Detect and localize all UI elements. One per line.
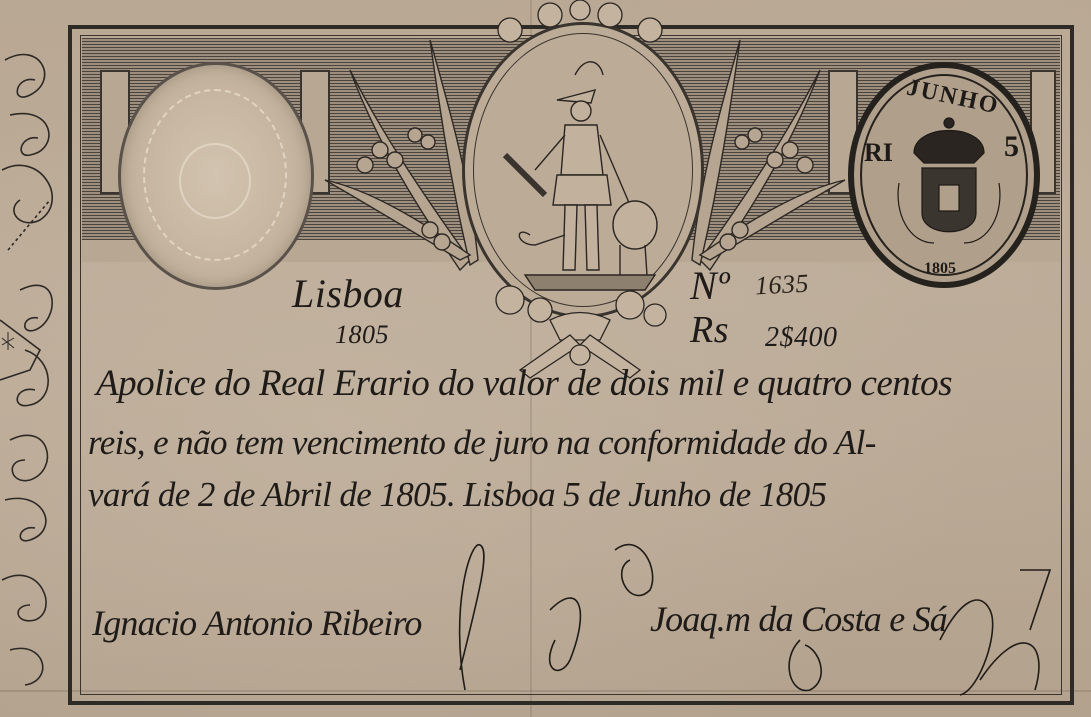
signature-flourishes-icon bbox=[420, 530, 1060, 700]
place-label: Lisboa bbox=[292, 270, 404, 317]
stamp-left-mark: RI bbox=[864, 138, 893, 168]
crown-coat-of-arms-icon bbox=[894, 113, 1004, 253]
leaf-spray-right-icon bbox=[690, 30, 850, 290]
embossed-seal-shield bbox=[179, 143, 251, 219]
body-line-3: vará de 2 de Abril de 1805. Lisboa 5 de … bbox=[88, 475, 826, 515]
ink-stamp: JUNHO RI 5 1805 bbox=[848, 62, 1040, 288]
flower-crest-icon bbox=[470, 0, 690, 50]
armored-figure-with-lion-icon bbox=[485, 45, 681, 295]
amount-value: 2$400 bbox=[765, 322, 838, 354]
stamp-day: 5 bbox=[1004, 130, 1019, 164]
embossed-seal bbox=[118, 62, 314, 290]
leaf-spray-left-icon bbox=[320, 30, 480, 290]
bond-number: 1635 bbox=[754, 269, 809, 302]
amount-label: Rs bbox=[690, 308, 729, 352]
issue-year: 1805 bbox=[335, 320, 389, 350]
stamp-year: 1805 bbox=[924, 260, 956, 278]
scroll-ornament-icon bbox=[0, 20, 66, 710]
body-line-1: Apolice do Real Erario do valor de dois … bbox=[96, 362, 952, 405]
signature-1: Ignacio Antonio Ribeiro bbox=[92, 602, 422, 644]
number-label: Nº bbox=[690, 262, 730, 309]
body-line-2: reis, e não tem vencimento de juro na co… bbox=[88, 423, 876, 463]
